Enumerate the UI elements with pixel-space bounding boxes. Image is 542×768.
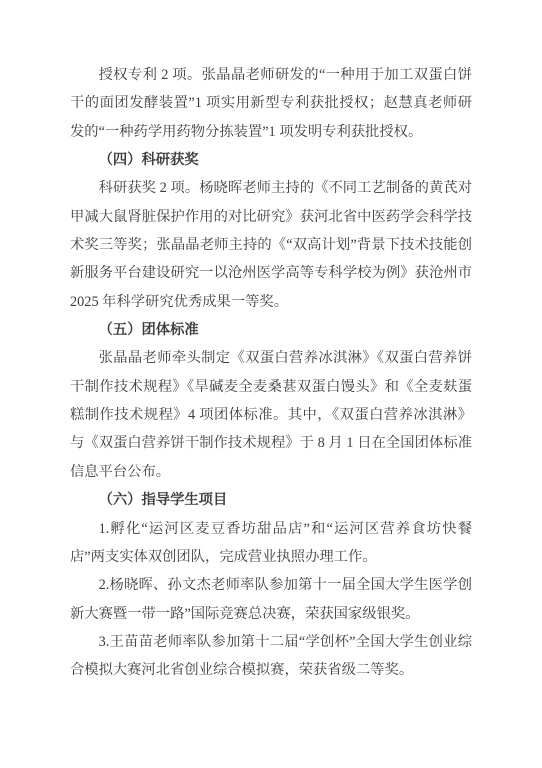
section-heading-research-awards: （四）科研获奖 (70, 146, 472, 174)
paragraph-student-project-3: 3.王苗苗老师率队参加第十二届“学创杯”全国大学生创业综合模拟大赛河北省创业综合… (70, 628, 472, 685)
section-heading-group-standards: （五）团体标准 (70, 316, 472, 344)
paragraph-student-project-2: 2.杨晓晖、孙文杰老师率队参加第十一届全国大学生医学创新大赛暨一带一路”国际竞赛… (70, 571, 472, 628)
document-page: 授权专利 2 项。张晶晶老师研发的“一种用于加工双蛋白饼干的面团发酵装置”1 项… (0, 0, 542, 768)
paragraph-research-awards: 科研获奖 2 项。杨晓晖老师主持的《不同工艺制备的黄芪对甲减大鼠肾脏保护作用的对… (70, 174, 472, 316)
paragraph-student-project-1: 1.孵化“运河区麦豆香坊甜品店”和“运河区营养食坊快餐店”两支实体双创团队，完成… (70, 515, 472, 572)
paragraph-authorized-patents: 授权专利 2 项。张晶晶老师研发的“一种用于加工双蛋白饼干的面团发酵装置”1 项… (70, 61, 472, 146)
paragraph-group-standards: 张晶晶老师牵头制定《双蛋白营养冰淇淋》《双蛋白营养饼干制作技术规程》《旱碱麦全麦… (70, 344, 472, 486)
section-heading-student-projects: （六）指导学生项目 (70, 486, 472, 514)
